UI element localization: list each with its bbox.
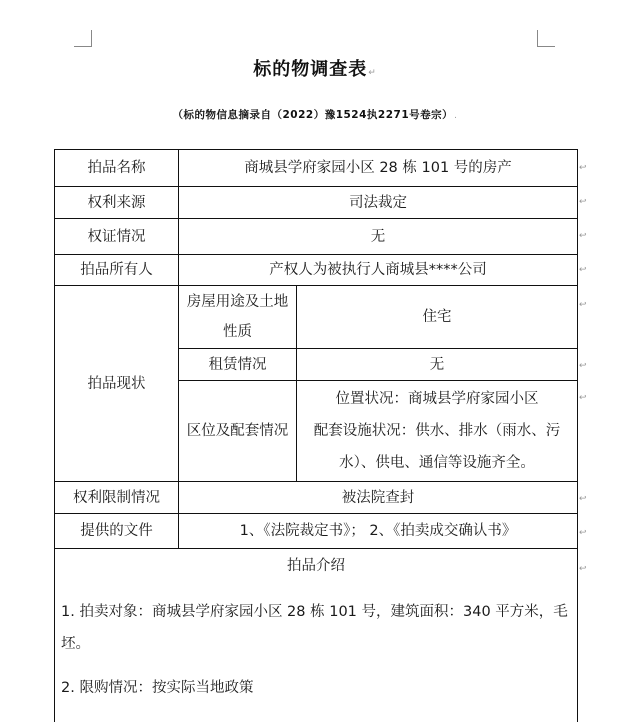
table-row-item-name: 拍品名称 商城县学府家园小区 28 栋 101 号的房产: [55, 150, 578, 187]
label-lease: 租赁情况: [179, 349, 297, 381]
value-item-name[interactable]: 商城县学府家园小区 28 栋 101 号的房产: [179, 150, 578, 187]
value-documents[interactable]: 1、《法院裁定书》； 2、《拍卖成交确认书》: [179, 514, 578, 549]
table-row-documents: 提供的文件 1、《法院裁定书》； 2、《拍卖成交确认书》: [55, 514, 578, 549]
row-end-mark-icon: ↩: [579, 494, 587, 504]
document-title: 标的物调查表↵: [0, 55, 630, 81]
value-certificate[interactable]: 无: [179, 219, 578, 255]
value-restrictions[interactable]: 被法院查封: [179, 482, 578, 514]
document-subtitle-text: （标的物信息摘录自（2022）豫1524执2271号卷宗）: [172, 109, 453, 121]
row-end-mark-icon: ↩: [579, 528, 587, 538]
label-restrictions: 权利限制情况: [55, 482, 179, 514]
label-usage-land: 房屋用途及土地性质: [179, 286, 297, 349]
page-corner-mark-left: [74, 30, 92, 47]
row-end-mark-icon: ↩: [579, 231, 587, 241]
intro-paragraph-2: 2. 限购情况：按实际当地政策: [61, 672, 571, 704]
value-lease[interactable]: 无: [297, 349, 578, 381]
row-end-mark-icon: ↩: [579, 265, 587, 275]
row-end-mark-icon: ↩: [579, 300, 587, 310]
table-row-rights-source: 权利来源 司法裁定: [55, 187, 578, 219]
label-item-status: 拍品现状: [55, 286, 179, 482]
document-title-text: 标的物调查表: [253, 59, 367, 80]
location-line: 位置状况：商城县学府家园小区: [299, 383, 575, 415]
label-rights-source: 权利来源: [55, 187, 179, 219]
row-end-mark-icon: ↩: [579, 361, 587, 371]
table-row-owner: 拍品所有人 产权人为被执行人商城县****公司: [55, 255, 578, 286]
row-end-mark-icon: ↩: [579, 197, 587, 207]
paragraph-mark-icon: ↵: [368, 68, 377, 78]
table-row-status-usage: 拍品现状 房屋用途及土地性质 住宅: [55, 286, 578, 349]
row-end-mark-icon: ↩: [579, 163, 587, 173]
label-location: 区位及配套情况: [179, 381, 297, 482]
table-row-intro: 拍品介绍 1. 拍卖对象：商城县学府家园小区 28 栋 101 号，建筑面积：3…: [55, 549, 578, 722]
label-certificate: 权证情况: [55, 219, 179, 255]
intro-cell[interactable]: 拍品介绍 1. 拍卖对象：商城县学府家园小区 28 栋 101 号，建筑面积：3…: [55, 549, 578, 722]
auction-item-table: 拍品名称 商城县学府家园小区 28 栋 101 号的房产 权利来源 司法裁定 权…: [54, 149, 578, 722]
label-owner: 拍品所有人: [55, 255, 179, 286]
row-end-mark-icon: ↩: [579, 564, 587, 574]
table-row-restrictions: 权利限制情况 被法院查封: [55, 482, 578, 514]
intro-paragraph-1: 1. 拍卖对象：商城县学府家园小区 28 栋 101 号，建筑面积：340 平方…: [61, 596, 571, 660]
row-end-mark-icon: ↩: [579, 393, 587, 403]
intro-heading: 拍品介绍: [61, 549, 571, 586]
page-corner-mark-right: [537, 30, 555, 47]
value-rights-source[interactable]: 司法裁定: [179, 187, 578, 219]
facilities-line: 配套设施状况：供水、排水（雨水、污水）、供电、通信等设施齐全。: [299, 415, 575, 479]
label-documents: 提供的文件: [55, 514, 179, 549]
label-item-name: 拍品名称: [55, 150, 179, 187]
table-row-certificate: 权证情况 无: [55, 219, 578, 255]
document-subtitle: （标的物信息摘录自（2022）豫1524执2271号卷宗）.: [0, 107, 630, 122]
value-usage-land[interactable]: 住宅: [297, 286, 578, 349]
paragraph-mark-icon: .: [454, 111, 457, 121]
value-owner[interactable]: 产权人为被执行人商城县****公司: [179, 255, 578, 286]
value-location[interactable]: 位置状况：商城县学府家园小区 配套设施状况：供水、排水（雨水、污水）、供电、通信…: [297, 381, 578, 482]
